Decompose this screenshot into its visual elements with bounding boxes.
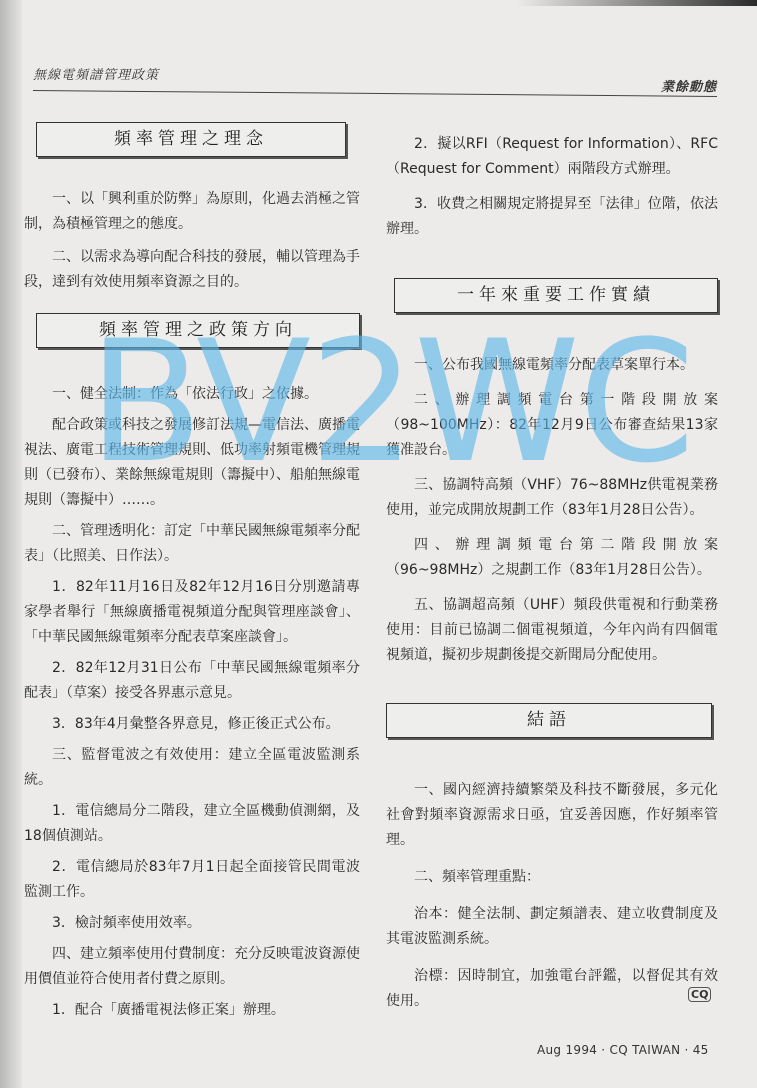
paragraph: 一、以「興利重於防弊」為原則，化過去消極之管制，為積極管理之的態度。: [24, 187, 360, 237]
paragraph: 3．收費之相關規定將提昇至「法律」位階，依法辦理。: [386, 192, 718, 242]
paragraph: 四、建立頻率使用付費制度：充分反映電波資源使用價值並符合使用者付費之原則。: [24, 942, 360, 992]
paragraph: 1．82年11月16日及82年12月16日分別邀請專家學者舉行「無線廣播電視頻道…: [24, 575, 360, 650]
paragraph: 1．電信總局分二階段，建立全區機動偵測網，及18個偵測站。: [24, 799, 360, 849]
right-column-achievements: 一年來重要工作實績 一、公布我國無線電頻率分配表草案單行本。 二、辦理調頻電台第…: [386, 278, 718, 668]
paragraph: 2．擬以RFI（Request for Information）、RFC（Req…: [386, 132, 718, 182]
page-top-shadow: [517, 0, 757, 6]
page-footer: Aug 1994 · CQ TAIWAN · 45: [537, 1043, 709, 1057]
left-column-policy: 頻率管理之政策方向 一、健全法制：作為「依法行政」之依據。 配合政策或科技之發展…: [24, 313, 360, 1023]
page-gutter-shadow: [0, 0, 22, 1088]
header-divider: [33, 90, 717, 97]
paragraph: 二、管理透明化：訂定「中華民國無線電頻率分配表」（比照美、日作法）。: [24, 519, 360, 569]
section-title-policy-direction: 頻率管理之政策方向: [36, 313, 360, 348]
paragraph: 治標：因時制宜，加強電台評鑑，以督促其有效使用。: [386, 964, 718, 1014]
paragraph: 二、辦理調頻電台第一階段開放案（98~100MHz）：82年12月9日公布審查結…: [386, 388, 718, 463]
paragraph: 二、頻率管理重點：: [386, 865, 718, 890]
paragraph: 一、公布我國無線電頻率分配表草案單行本。: [386, 353, 718, 378]
running-title-right: 業餘動態: [661, 76, 717, 95]
right-column-conclusion: 結語 一、國內經濟持續繁榮及科技不斷發展，多元化社會對頻率資源需求日亟，宜妥善因…: [386, 703, 718, 1014]
section-title-philosophy: 頻率管理之理念: [36, 122, 346, 157]
paragraph: 治本：健全法制、劃定頻譜表、建立收費制度及其電波監測系統。: [386, 902, 718, 952]
paragraph: 1．配合「廣播電視法修正案」辦理。: [24, 998, 360, 1023]
paragraph: 三、監督電波之有效使用：建立全區電波監測系統。: [24, 743, 360, 793]
section-title-achievements: 一年來重要工作實績: [394, 278, 718, 313]
paragraph: 一、健全法制：作為「依法行政」之依據。: [24, 382, 360, 407]
paragraph: 2．82年12月31日公布「中華民國無線電頻率分配表」（草案）接受各界惠示意見。: [24, 656, 360, 706]
paragraph: 配合政策或科技之發展修訂法規—電信法、廣播電視法、廣電工程技術管理規則、低功率射…: [24, 413, 360, 513]
paragraph: 二、以需求為導向配合科技的發展，輔以管理為手段，達到有效使用頻率資源之目的。: [24, 245, 360, 295]
running-title-left: 無線電頻譜管理政策: [33, 64, 159, 83]
paragraph: 四、辦理調頻電台第二階段開放案（96~98MHz）之規劃工作（83年1月28日公…: [386, 533, 718, 583]
paragraph: 一、國內經濟持續繁榮及科技不斷發展，多元化社會對頻率資源需求日亟，宜妥善因應，作…: [386, 778, 718, 853]
paragraph: 2．電信總局於83年7月1日起全面接管民間電波監測工作。: [24, 855, 360, 905]
paragraph: 五、協調超高頻（UHF）頻段供電視和行動業務使用：目前已協調二個電視頻道，今年內…: [386, 593, 718, 668]
paragraph: 3．83年4月彙整各界意見，修正後正式公布。: [24, 712, 360, 737]
end-mark-cq-logo: CQ: [688, 987, 711, 1002]
paragraph: 三、協調特高頻（VHF）76~88MHz供電視業務使用，並完成開放規劃工作（83…: [386, 473, 718, 523]
right-column-continued: 2．擬以RFI（Request for Information）、RFC（Req…: [386, 132, 718, 242]
paragraph: 3．檢討頻率使用效率。: [24, 911, 360, 936]
section-title-conclusion: 結語: [386, 703, 712, 738]
left-column: 頻率管理之理念 一、以「興利重於防弊」為原則，化過去消極之管制，為積極管理之的態…: [24, 122, 360, 295]
